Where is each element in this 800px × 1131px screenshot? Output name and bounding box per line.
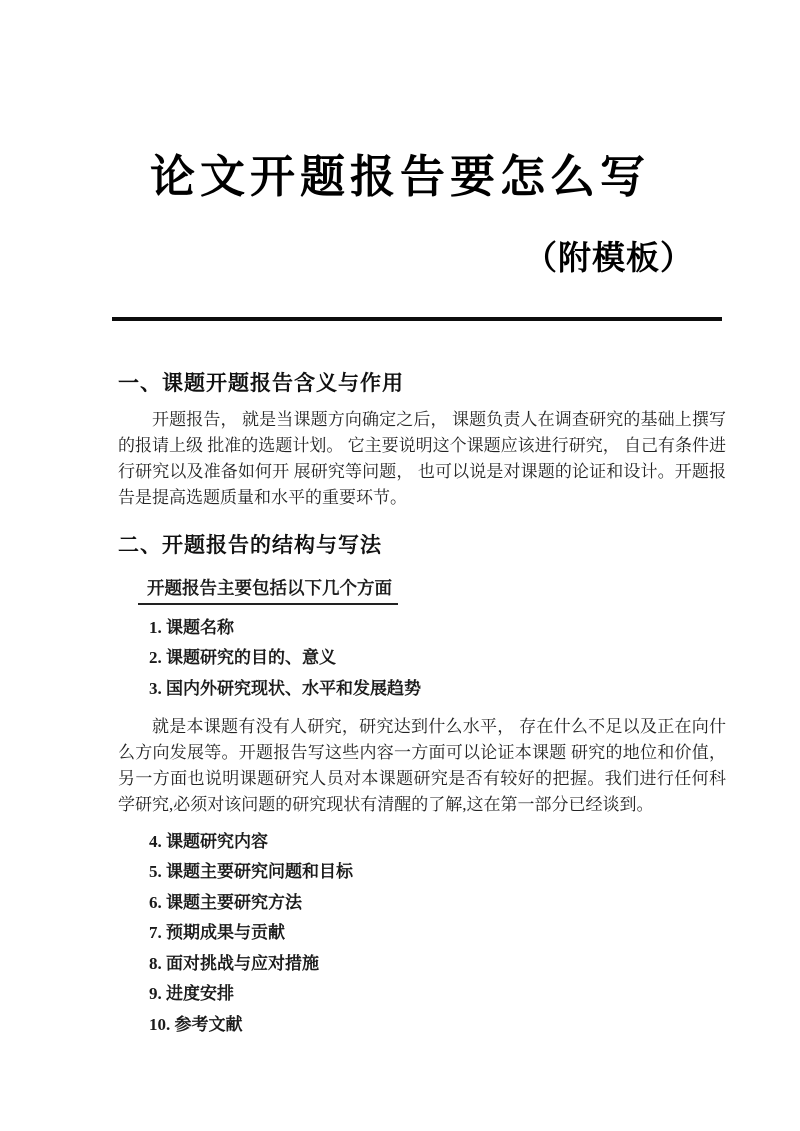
section-1-heading: 一、课题开题报告含义与作用: [118, 371, 726, 396]
title-divider-rule: [112, 317, 722, 321]
outline-note-paragraph: 就是本课题有没有人研究，研究达到什么水平， 存在什么不足以及正在向什么方向发展等…: [118, 714, 726, 818]
section-1-paragraph: 开题报告， 就是当课题方向确定之后， 课题负责人在调查研究的基础上撰写的报请上级…: [118, 407, 726, 511]
outline-item-6: 6. 课题主要研究方法: [149, 894, 726, 911]
outline-item-9: 9. 进度安排: [149, 985, 726, 1002]
document-body: 一、课题开题报告含义与作用 开题报告， 就是当课题方向确定之后， 课题负责人在调…: [118, 371, 726, 1033]
outline-list-part2: 4. 课题研究内容 5. 课题主要研究问题和目标 6. 课题主要研究方法 7. …: [118, 833, 726, 1033]
outline-item-2: 2. 课题研究的目的、意义: [149, 649, 726, 666]
section-2-heading: 二、开题报告的结构与写法: [118, 533, 726, 558]
document-page: 论文开题报告要怎么写 （附模板） 一、课题开题报告含义与作用 开题报告， 就是当…: [0, 0, 800, 1131]
outline-list-part1: 1. 课题名称 2. 课题研究的目的、意义 3. 国内外研究现状、水平和发展趋势: [118, 619, 726, 697]
outline-item-4: 4. 课题研究内容: [149, 833, 726, 850]
outline-item-1: 1. 课题名称: [149, 619, 726, 636]
outline-subheading-text: 开题报告主要包括以下几个方面: [138, 575, 398, 605]
outline-item-8: 8. 面对挑战与应对措施: [149, 955, 726, 972]
outline-item-10: 10. 参考文献: [149, 1016, 726, 1033]
doc-title: 论文开题报告要怎么写: [0, 150, 800, 204]
outline-item-3: 3. 国内外研究现状、水平和发展趋势: [149, 680, 726, 697]
outline-subheading: 开题报告主要包括以下几个方面: [138, 575, 726, 605]
doc-subtitle: （附模板）: [0, 232, 800, 279]
outline-item-5: 5. 课题主要研究问题和目标: [149, 863, 726, 880]
title-block: 论文开题报告要怎么写 （附模板）: [0, 0, 800, 321]
outline-item-7: 7. 预期成果与贡献: [149, 924, 726, 941]
